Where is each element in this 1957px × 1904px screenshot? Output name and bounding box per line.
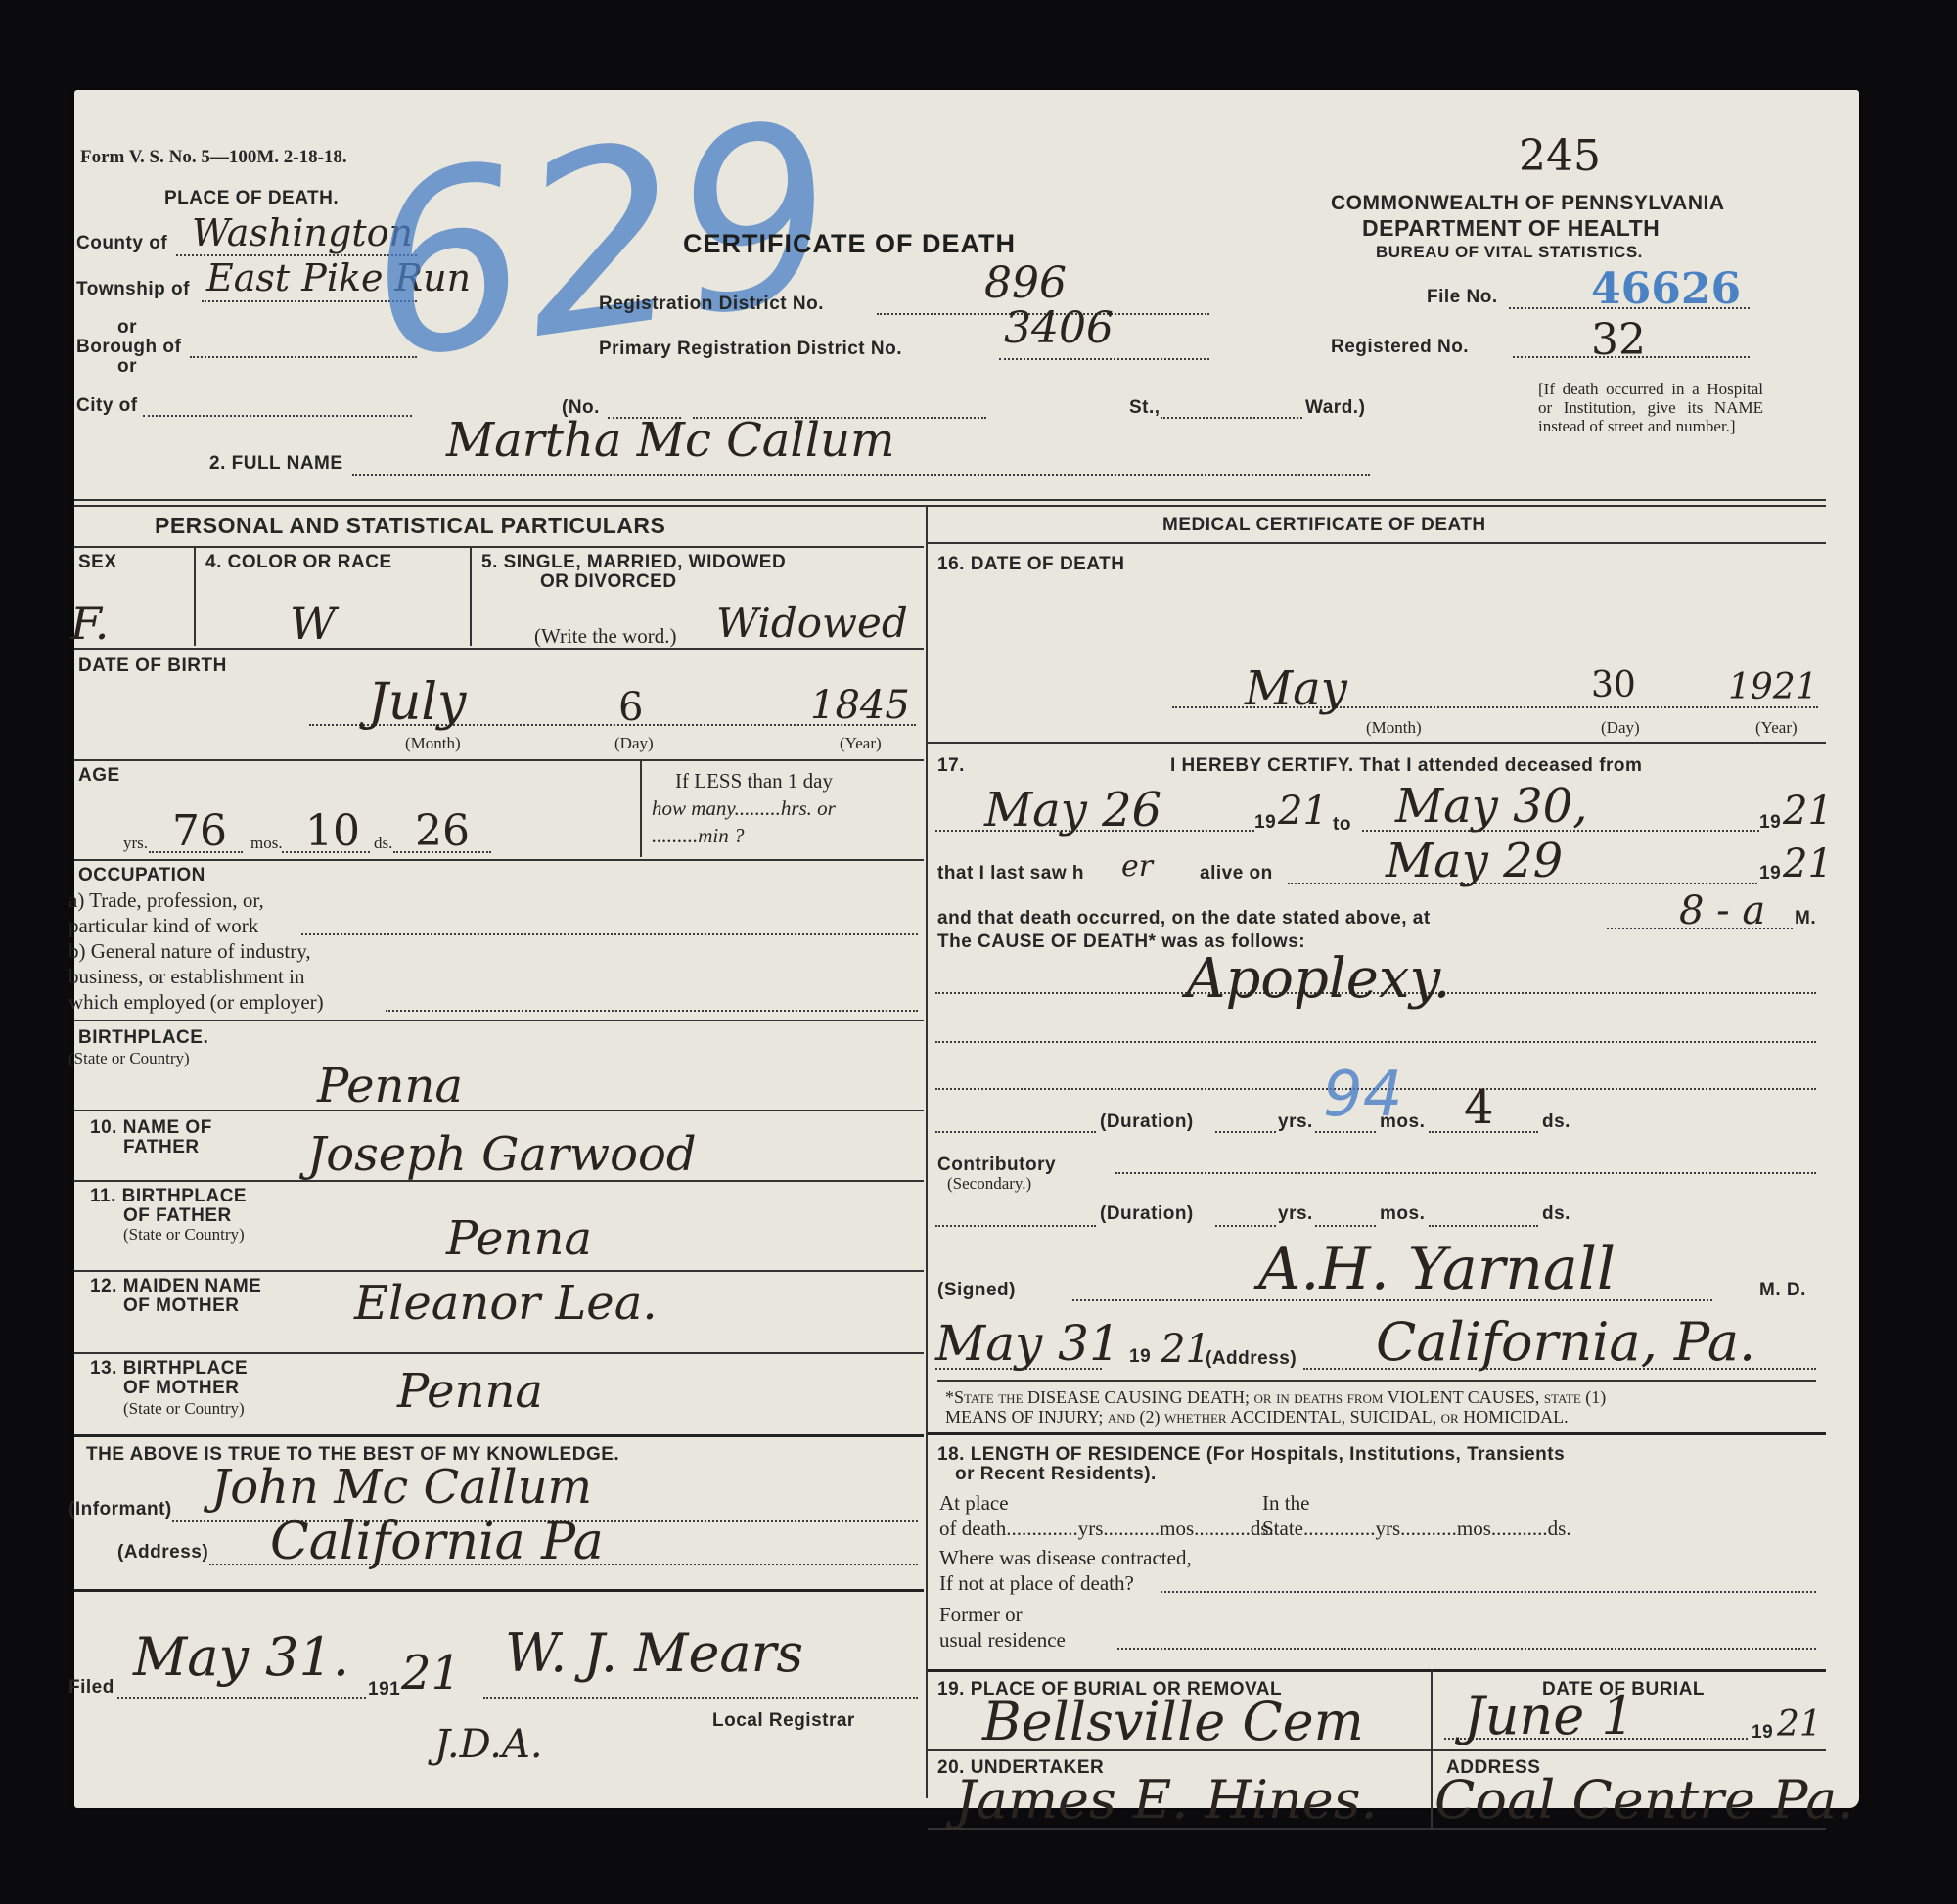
mother-maiden-name-label: 12. MAIDEN NAME [90,1276,261,1297]
father-birthplace: Penna [446,1211,592,1266]
mother-birthplace: Penna [397,1364,543,1419]
marital-label: 5. SINGLE, MARRIED, WIDOWED [481,552,786,573]
burial-place: Bellsville Cem [982,1691,1364,1752]
certificate-title: CERTIFICATE OF DEATH [683,229,1016,259]
month-hint: (Month) [405,734,461,753]
or-label: or [117,356,137,378]
md-label: M. D. [1759,1280,1806,1301]
dob-year: 1845 [810,683,910,728]
sex-value: F. [70,597,109,650]
date-of-death-label: 16. DATE OF DEATH [937,554,1124,575]
at-place-fields: of death..............yrs...........mos.… [939,1517,1274,1541]
dob-day: 6 [618,685,643,730]
sex-label: SEX [78,552,117,573]
occupation-b-line3: which employed (or employer) [68,990,324,1015]
in-state-label: In the [1262,1491,1309,1516]
duration-days-value: 4 [1464,1080,1494,1135]
occupation-b-line1: b) General nature of industry, [68,939,311,964]
contributory-duration-label: (Duration) [1100,1203,1194,1225]
contracted-label: Where was disease contracted, [939,1546,1192,1570]
at-place-label: At place [939,1491,1009,1516]
occupation-a-line2: particular kind of work [68,914,258,938]
birthplace-value: Penna [317,1059,463,1113]
death-month: May [1245,661,1347,716]
marital-label-2: OR DIVORCED [540,571,677,593]
death-time: 8 - a [1679,888,1765,933]
age-yrs-label: yrs. [123,834,148,853]
primary-registration-district-value: 3406 [1004,303,1114,353]
day-hint: (Day) [1601,718,1640,738]
former-residence-label-2: usual residence [939,1628,1066,1653]
attended-from-year: 21 [1278,789,1328,834]
mother-maiden-name: Eleanor Lea. [354,1276,658,1331]
file-no-value: 46626 [1591,264,1741,314]
occupation-label: OCCUPATION [78,865,205,886]
cause-of-death: Apoplexy. [1186,947,1450,1011]
less-than-day-text: If LESS than 1 day [675,769,833,793]
less-than-day-hours: how many.........hrs. or [652,796,836,821]
signed-label: (Signed) [937,1280,1016,1301]
city-label: City of [76,395,138,417]
hospital-note: [If death occurred in a Hospital or Inst… [1538,380,1763,435]
duration-label: (Duration) [1100,1111,1194,1133]
day-hint: (Day) [614,734,654,753]
age-label: AGE [78,765,120,787]
attended-from-year-prefix: 19 [1254,812,1276,834]
authority-line-3: BUREAU OF VITAL STATISTICS. [1376,243,1643,262]
death-year: 1921 [1728,667,1818,707]
age-days: 26 [415,806,470,856]
duration-ds-label: ds. [1542,1111,1570,1133]
filed-year: 21 [401,1646,461,1700]
age-months: 10 [305,806,360,856]
medical-heading: MEDICAL CERTIFICATE OF DEATH [1162,515,1486,536]
informant-name: John Mc Callum [211,1460,592,1515]
certify-number: 17. [937,755,965,777]
age-mos-label: mos. [250,834,283,853]
mother-birthplace-label-2: OF MOTHER [123,1378,240,1399]
residence-heading-2: or Recent Residents). [955,1464,1157,1485]
father-name: Joseph Garwood [307,1127,697,1182]
death-certificate-page: Form V. S. No. 5—100M. 2-18-18. PLACE OF… [74,90,1859,1808]
mother-maiden-name-label-2: OF MOTHER [123,1295,240,1317]
contributory-hint: (Secondary.) [947,1174,1031,1194]
occupation-a-line1: a) Trade, profession, or, [68,888,264,913]
in-state-fields: State..............yrs...........mos....… [1262,1517,1571,1541]
informant-address: California Pa [270,1513,604,1571]
registered-no-value: 32 [1591,315,1646,365]
contributory-ds-label: ds. [1542,1203,1570,1225]
attended-to-date: May 30, [1395,779,1587,834]
last-saw-date: May 29 [1386,834,1563,888]
physician-address: California, Pa. [1376,1311,1755,1373]
last-saw-pronoun: er [1121,849,1153,884]
meridiem-label: M. [1795,908,1816,929]
physician-signature: A.H. Yarnall [1258,1235,1616,1303]
township-label: Township of [76,279,190,300]
age-years: 76 [172,806,227,856]
attended-to-year-prefix: 19 [1759,812,1781,834]
primary-registration-district-label: Primary Registration District No. [599,339,902,360]
form-id: Form V. S. No. 5—100M. 2-18-18. [80,147,347,168]
contributory-label: Contributory [937,1155,1056,1176]
registrar-signature: W. J. Mears [505,1622,803,1684]
handwritten-top-number: 245 [1519,131,1601,181]
father-label: 10. NAME OF [90,1117,212,1139]
physician-address-label: (Address) [1206,1348,1297,1370]
full-name-label: 2. FULL NAME [209,453,343,475]
alive-on-label: alive on [1200,863,1273,884]
filed-date: May 31. [133,1626,349,1688]
occupation-b-line2: business, or establishment in [68,965,304,989]
authority-line-2: DEPARTMENT OF HEALTH [1362,215,1660,242]
registration-district-value: 896 [984,258,1067,308]
ward-label: Ward.) [1305,397,1365,419]
less-than-day-min: .........min ? [652,824,745,848]
certify-text: I HEREBY CERTIFY. That I attended deceas… [1170,755,1642,777]
filed-year-prefix: 191 [368,1679,400,1700]
place-of-death-heading: PLACE OF DEATH. [164,188,339,209]
burial-date: June 1 [1464,1685,1635,1746]
informant-label: (Informant) [68,1499,172,1520]
signed-date: May 31 [935,1315,1120,1372]
color-label: 4. COLOR OR RACE [205,552,392,573]
burial-year-prefix: 19 [1752,1722,1773,1744]
last-saw-year-prefix: 19 [1759,863,1781,884]
contributory-mos-label: mos. [1380,1203,1425,1225]
father-birthplace-label: 11. BIRTHPLACE [90,1186,247,1207]
footnote-line-1: *State the DISEASE CAUSING DEATH; or in … [945,1387,1606,1408]
father-label-2: FATHER [123,1137,200,1158]
attended-to-year: 21 [1783,789,1833,834]
death-time-label: and that death occurred, on the date sta… [937,908,1431,929]
borough-label: Borough of [76,337,181,358]
signed-year-prefix: 19 [1129,1346,1151,1368]
informant-address-label: (Address) [117,1542,208,1564]
mother-birthplace-hint: (State or Country) [123,1399,245,1419]
last-saw-year: 21 [1783,841,1833,886]
marital-value: Widowed [716,599,908,647]
birthplace-hint: (State or Country) [68,1049,190,1068]
contracted-label-2: If not at place of death? [939,1571,1134,1596]
street-label: St., [1129,397,1161,419]
to-label: to [1333,814,1351,836]
former-residence-label: Former or [939,1603,1023,1627]
contributory-yrs-label: yrs. [1278,1203,1313,1225]
registrar-label: Local Registrar [712,1710,855,1732]
year-hint: (Year) [840,734,882,753]
death-day: 30 [1591,665,1636,705]
residence-heading: 18. LENGTH OF RESIDENCE (For Hospitals, … [937,1444,1565,1466]
marital-hint: (Write the word.) [534,624,677,649]
month-hint: (Month) [1366,718,1422,738]
color-value: W [290,597,336,650]
filed-label: Filed [68,1677,114,1699]
burial-year: 21 [1777,1704,1822,1745]
last-saw-label: that I last saw h [937,863,1084,884]
year-hint: (Year) [1755,718,1798,738]
authority-line-1: COMMONWEALTH OF PENNSYLVANIA [1331,192,1724,215]
county-label: County of [76,233,167,254]
duration-yrs-label: yrs. [1278,1111,1313,1133]
age-ds-label: ds. [374,834,392,853]
undertaker-address: Coal Centre Pa. [1434,1769,1853,1831]
birthplace-label: BIRTHPLACE. [78,1027,208,1049]
registration-district-label: Registration District No. [599,294,824,315]
dob-label: DATE OF BIRTH [78,656,227,677]
file-no-label: File No. [1427,287,1498,308]
undertaker-name: James E. Hines. [955,1769,1378,1831]
duration-mos-label: mos. [1380,1111,1425,1133]
father-birthplace-hint: (State or Country) [123,1225,245,1245]
or-label: or [117,317,137,339]
full-name-value: Martha Mc Callum [446,413,895,468]
footnote-line-2: MEANS OF INJURY; and (2) whether ACCIDEN… [945,1407,1569,1428]
registered-no-label: Registered No. [1331,337,1469,358]
mother-birthplace-label: 13. BIRTHPLACE [90,1358,248,1380]
signed-year: 21 [1161,1327,1210,1372]
father-birthplace-label-2: OF FATHER [123,1205,232,1227]
attended-from-date: May 26 [984,783,1161,838]
registrar-initials: J.D.A. [434,1722,543,1767]
dob-month: July [368,673,466,732]
personal-heading: PERSONAL AND STATISTICAL PARTICULARS [155,513,665,539]
